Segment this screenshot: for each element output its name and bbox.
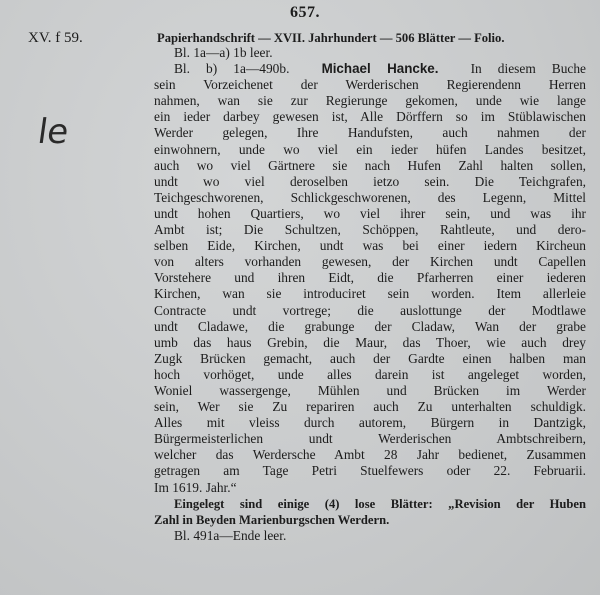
text-line: von alters vorhanden gewesen, der Kirche… <box>154 254 586 270</box>
text-line: Alles mit vleiss durch autorem, Bürgern … <box>154 415 586 431</box>
text-line: auch wo viel Gärtnere sie nach Hufen Zah… <box>154 158 586 174</box>
catalog-entry-body: Bl. 1a—a) 1b leer. Bl. b) 1a—490b. Micha… <box>154 45 586 544</box>
handwritten-margin-note: le <box>35 112 71 152</box>
text-line: undt Cladawe, die grabunge der Cladaw, W… <box>154 319 586 335</box>
text-line: Teichgeschworenen, Schlickgeschworenen, … <box>154 190 586 206</box>
text-line: welcher das Werdersche Ambt 28 Jahr bedi… <box>154 447 586 463</box>
insert-note-line: Eingelegt sind einige (4) lose Blätter: … <box>154 496 586 512</box>
text-line: In diesem Buche <box>471 61 586 76</box>
manuscript-description: Papierhandschrift — XVII. Jahrhundert — … <box>157 31 505 46</box>
leaf-range: Bl. b) 1a—490b. <box>174 61 289 76</box>
text-line: hoch vorhöget, unde alles darein ist ang… <box>154 367 586 383</box>
text-line: Ambt ist; Die Schultzen, Schöppen, Rahtl… <box>154 222 586 238</box>
text-line: Contracte undt vortrege; die auslottunge… <box>154 303 586 319</box>
text-line: Vorstehere und ihren Eidt, die Pfarherre… <box>154 270 586 286</box>
text-line: undt wo viel deroselben ietzo sein. Die … <box>154 174 586 190</box>
author-name: Michael Hancke. <box>322 61 439 76</box>
text-line: selben Eide, Kirchen, undt was bei einer… <box>154 238 586 254</box>
text-line: Zugk Brücken gemacht, auch der Gardte ei… <box>154 351 586 367</box>
text-line: sein, Wer sie Zu repariren auch Zu unter… <box>154 399 586 415</box>
text-line: undt hohen Quartiers, wo viel ihrer sein… <box>154 206 586 222</box>
text-line: Im 1619. Jahr.“ <box>154 480 586 496</box>
blank-leaves-end: Bl. 491a—Ende leer. <box>154 528 586 544</box>
text-line: sein Vorzeichenet der Werderischen Regie… <box>154 77 586 93</box>
page-number: 657. <box>290 4 320 22</box>
text-line: nahmen, wan sie zur Regierunge gekomen, … <box>154 93 586 109</box>
text-line: ein ieder darbey gewesen ist, Alle Dörff… <box>154 109 586 125</box>
text-line: Woniel wassergenge, Mühlen und Brücken i… <box>154 383 586 399</box>
main-content-first-line: Bl. b) 1a—490b. Michael Hancke. In diese… <box>154 61 586 77</box>
shelfmark: XV. f 59. <box>28 30 83 47</box>
text-line: umb das haus Grebin, die Maur, das Thoer… <box>154 335 586 351</box>
text-line: Kirchen, wan sie introduciret sein worde… <box>154 286 586 302</box>
blank-leaves-start: Bl. 1a—a) 1b leer. <box>154 45 586 61</box>
text-line: getragen am Tage Petri Stuelfewers oder … <box>154 463 586 479</box>
insert-note-line: Zahl in Beyden Marienburgschen Werdern. <box>154 512 586 528</box>
text-line: einwohnern, unde wo viel ein ieder hüfen… <box>154 142 586 158</box>
text-line: Werder gelegen, Ihre Handufsten, auch na… <box>154 125 586 141</box>
text-line: Bürgermeisterlichen undt Werderischen Am… <box>154 431 586 447</box>
